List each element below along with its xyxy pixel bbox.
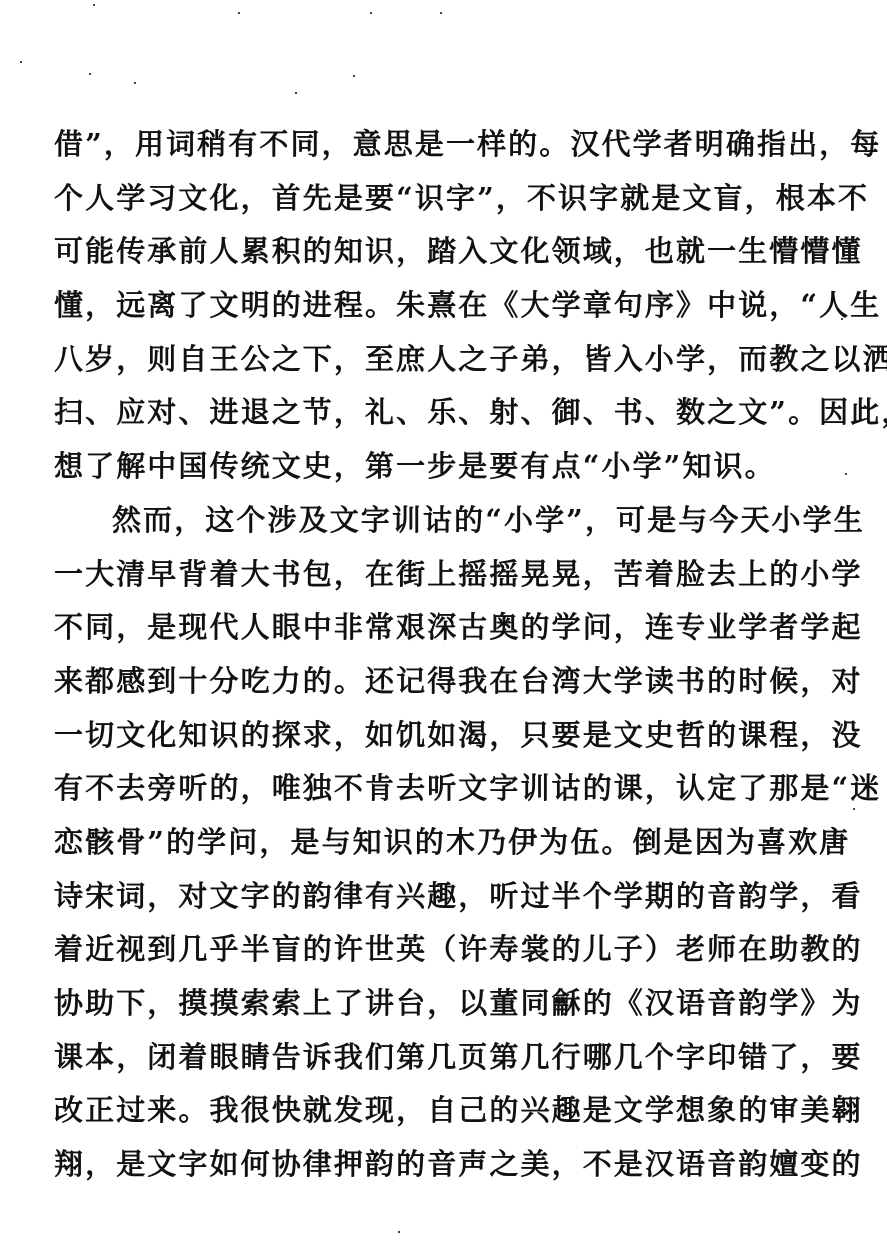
scan-speck	[370, 12, 372, 14]
text-line: 扫、应对、进退之节，礼、乐、射、御、书、数之文”。因此，	[54, 386, 814, 440]
text-line: 八岁，则自王公之下，至庶人之子弟，皆入小学，而教之以洒	[54, 333, 814, 387]
body-text: 借”，用词稍有不同，意思是一样的。汉代学者明确指出，每 个人学习文化，首先是要“…	[54, 118, 814, 1192]
text-line: 可能传承前人累积的知识，踏入文化领域，也就一生懵懵懂	[54, 225, 814, 279]
paragraph-2: 然而，这个涉及文字训诂的“小学”，可是与今天小学生 一大清早背着大书包，在街上摇…	[54, 494, 814, 1192]
text-line: 恋骸骨”的学问，是与知识的木乃伊为伍。倒是因为喜欢唐	[54, 816, 814, 870]
text-line: 借”，用词稍有不同，意思是一样的。汉代学者明确指出，每	[54, 118, 814, 172]
text-line: 一大清早背着大书包，在街上摇摇晃晃，苦着脸去上的小学	[54, 548, 814, 602]
scan-speck	[20, 61, 22, 63]
scan-speck	[845, 473, 847, 475]
text-line: 着近视到几乎半盲的许世英（许寿裳的儿子）老师在助教的	[54, 923, 814, 977]
paragraph-1: 借”，用词稍有不同，意思是一样的。汉代学者明确指出，每 个人学习文化，首先是要“…	[54, 118, 814, 494]
scan-speck	[440, 12, 442, 14]
scan-speck	[134, 82, 136, 84]
text-line: 懂，远离了文明的进程。朱熹在《大学章句序》中说，“人生	[54, 279, 814, 333]
scan-speck	[398, 1231, 400, 1233]
text-line: 课本，闭着眼睛告诉我们第几页第几行哪几个字印错了，要	[54, 1031, 814, 1085]
scan-speck	[853, 808, 855, 810]
text-line: 一切文化知识的探求，如饥如渴，只要是文史哲的课程，没	[54, 709, 814, 763]
text-line: 有不去旁听的，唯独不肯去听文字训诂的课，认定了那是“迷	[54, 762, 814, 816]
text-line: 协助下，摸摸索索上了讲台，以董同龢的《汉语音韵学》为	[54, 977, 814, 1031]
text-line: 不同，是现代人眼中非常艰深古奥的学问，连专业学者学起	[54, 601, 814, 655]
scan-speck	[89, 73, 91, 75]
text-line: 想了解中国传统文史，第一步是要有点“小学”知识。	[54, 440, 814, 494]
scan-speck	[93, 4, 95, 6]
text-line: 然而，这个涉及文字训诂的“小学”，可是与今天小学生	[54, 494, 814, 548]
scan-speck	[841, 318, 843, 320]
scan-speck	[295, 92, 297, 94]
text-line: 诗宋词，对文字的韵律有兴趣，听过半个学期的音韵学，看	[54, 870, 814, 924]
text-line: 来都感到十分吃力的。还记得我在台湾大学读书的时候，对	[54, 655, 814, 709]
text-line: 改正过来。我很快就发现，自己的兴趣是文学想象的审美翱	[54, 1084, 814, 1138]
scan-speck	[238, 12, 240, 14]
text-line: 翔，是文字如何协律押韵的音声之美，不是汉语音韵嬗变的	[54, 1138, 814, 1192]
scan-speck	[353, 75, 355, 77]
text-line: 个人学习文化，首先是要“识字”，不识字就是文盲，根本不	[54, 172, 814, 226]
scanned-book-page: 借”，用词稍有不同，意思是一样的。汉代学者明确指出，每 个人学习文化，首先是要“…	[0, 0, 887, 1250]
